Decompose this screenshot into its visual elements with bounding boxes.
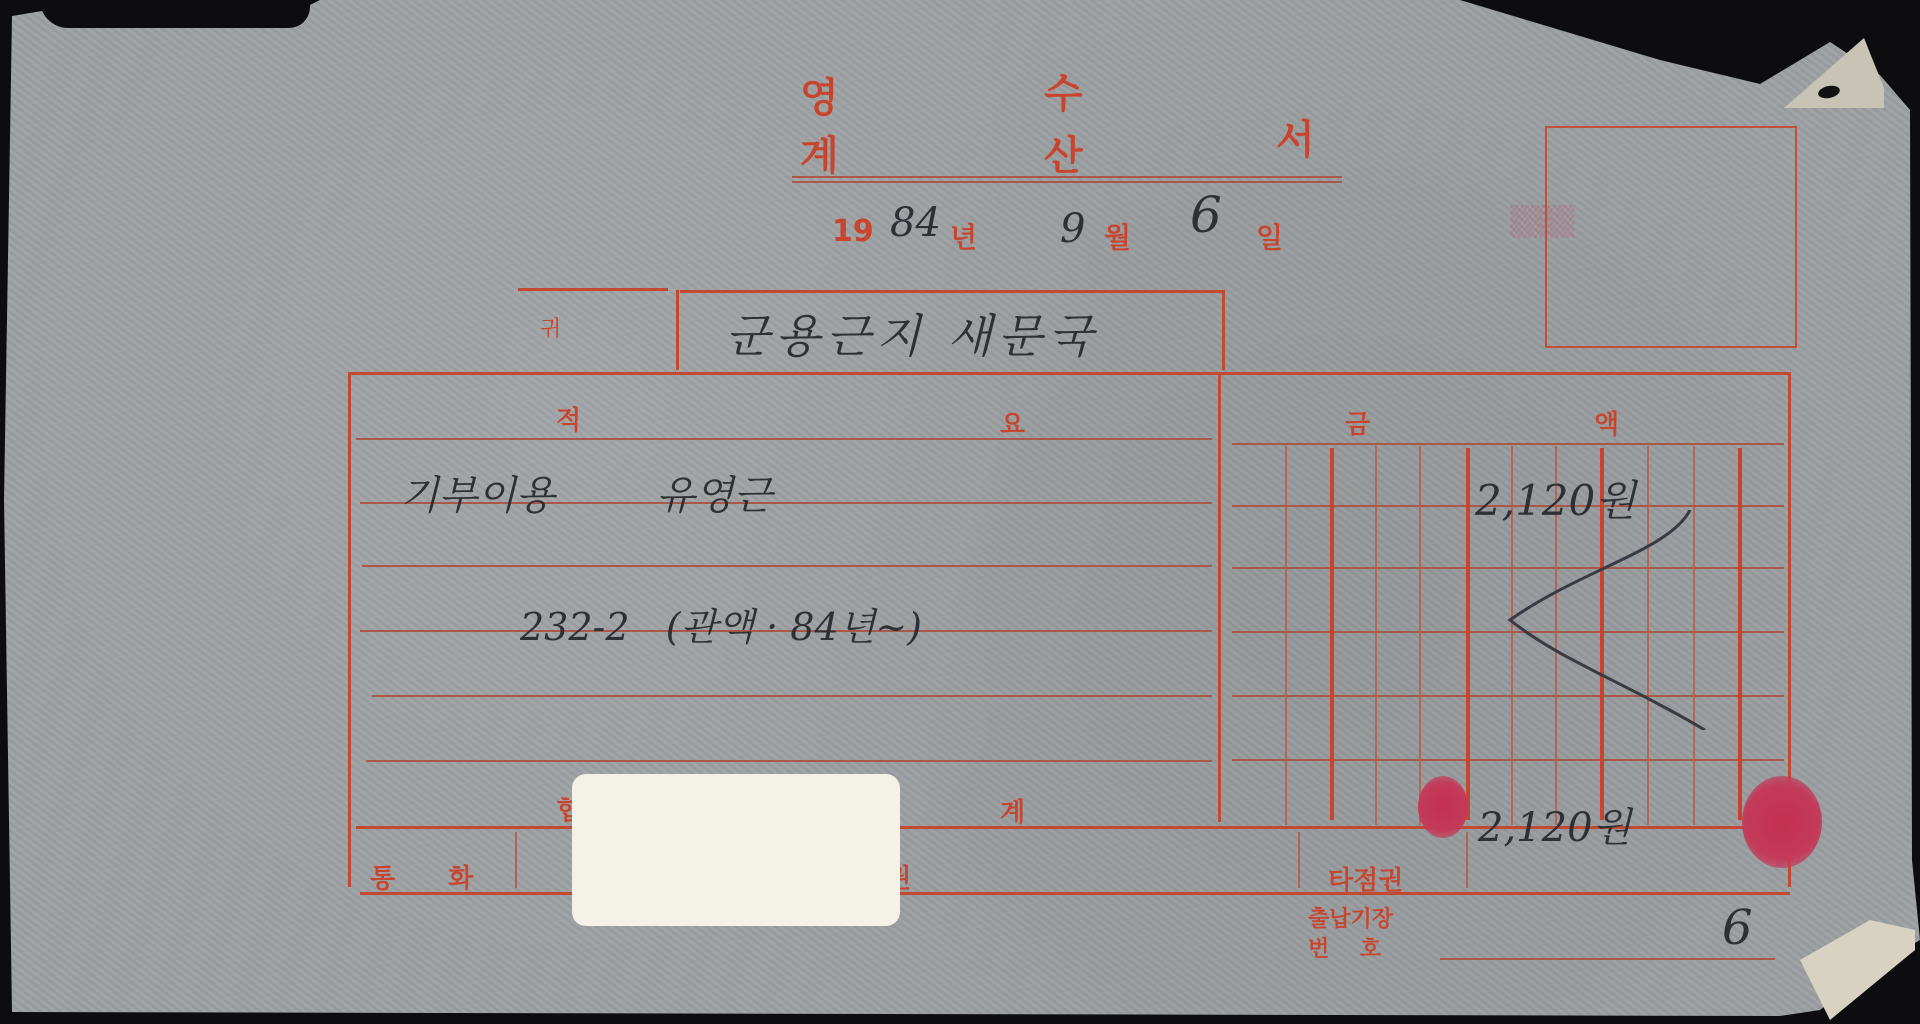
header-description-right: 요 [1000,404,1025,441]
row-line [366,760,1212,762]
month-value: 9 [1060,206,1085,252]
row-line [356,438,1212,440]
recipient-value: 군용근지 새문국 [725,300,1099,366]
torn-edge [40,0,310,28]
ledger-line [1440,958,1775,960]
row-line [372,695,1212,697]
day-label: 일 [1256,216,1283,256]
table-top-border [350,372,1790,375]
ledger-label: 출납기장 [1308,902,1393,933]
year-label: 년 [950,216,977,256]
title-char: 서 [1276,108,1315,165]
recipient-top-line [680,290,1225,293]
ledger-number: 6 [1722,900,1753,956]
other-bank-check-label: 타점권 [1328,860,1403,897]
white-sticker [572,774,900,926]
header-description-left: 적 [556,400,581,437]
title-char: 산 [1044,124,1083,181]
month-label: 월 [1104,216,1131,256]
footer-divider [1298,832,1300,888]
seal-stamp [1742,776,1822,868]
void-stroke [1500,510,1730,730]
row-description: 232-2 (관액 · 84년~) [520,596,922,651]
header-amount-right: 액 [1594,404,1619,441]
title-char: 계 [800,124,839,181]
recipient-label: 귀 [540,312,561,343]
row-line [362,565,1212,567]
faded-stamp: ▒▒▒ [1510,205,1640,265]
table-left-border [348,372,351,887]
table-mid-divider [1218,372,1221,822]
seal-stamp [1418,776,1468,838]
footer-divider [515,832,517,888]
total-amount: 2,120원 [1478,796,1631,853]
day-value: 6 [1190,186,1222,244]
title-underline [792,176,1342,178]
currency-label: 통 화 [370,858,495,895]
recipient-top-line [518,288,668,291]
title-char: 영 [800,66,839,123]
recipient-right-border [1222,290,1225,370]
header-amount-left: 금 [1345,404,1370,441]
total-label-right: 계 [1000,792,1025,829]
ledger-label: 번 호 [1308,932,1381,963]
recipient-divider [676,290,679,370]
title-char: 수 [1044,62,1083,119]
year-value: 84 [890,200,941,246]
title-underline [792,181,1342,183]
footer-divider [1466,832,1468,888]
row-description: 기부이용 유영근 [400,464,772,521]
year-prefix: 19 [832,214,874,249]
